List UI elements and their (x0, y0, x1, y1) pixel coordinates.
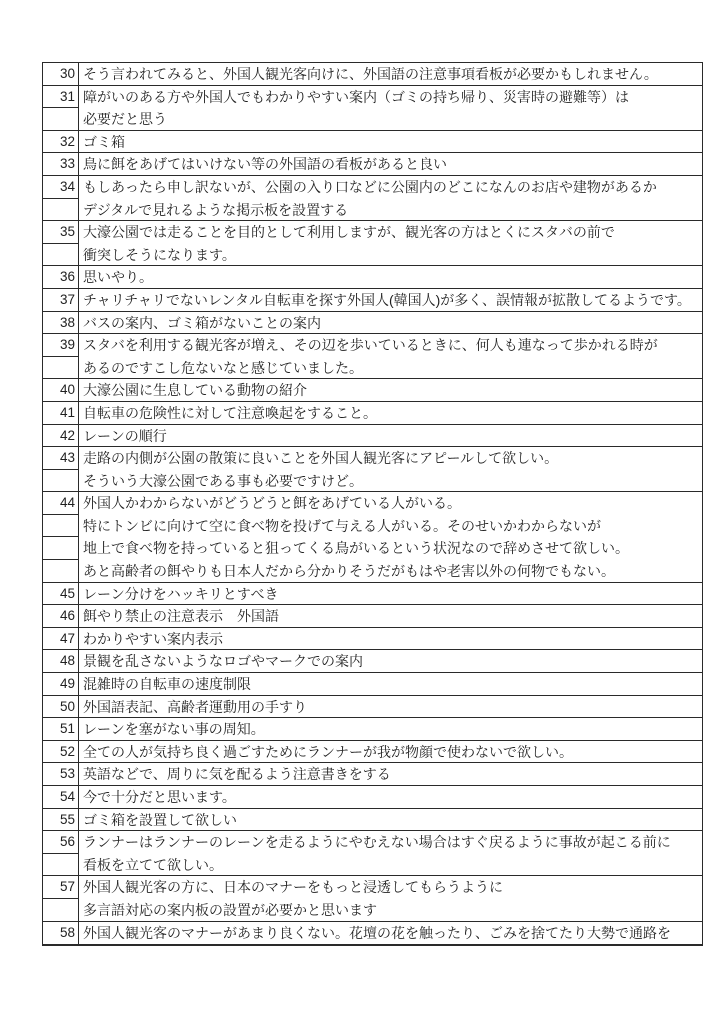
row-number-cell: 44 (43, 492, 79, 515)
row-text-cell: もしあったら申し訳ないが、公園の入り口などに公園内のどこになんのお店や建物がある… (79, 176, 702, 199)
row-text-cell: 障がいのある方や外国人でもわかりやすい案内（ゴミの持ち帰り、災害時の避難等）は (79, 86, 702, 109)
table-row: 52全ての人が気持ち良く過ごすためにランナーが我が物顔で使わないで欲しい。 (43, 741, 702, 764)
row-text-cell: レーン分けをハッキリとすべき (79, 583, 702, 606)
row-text-cell: ゴミ箱 (79, 131, 702, 154)
row-number-cell: 48 (43, 650, 79, 673)
row-number-cell: 41 (43, 402, 79, 425)
row-number-cell (43, 244, 79, 267)
row-number-cell: 56 (43, 831, 79, 854)
row-text-cell: あるのですこし危ないなと感じていました。 (79, 357, 702, 380)
table-row: 47わかりやすい案内表示 (43, 628, 702, 651)
row-number-cell: 46 (43, 605, 79, 628)
table-row: 53英語などで、周りに気を配るよう注意書きをする (43, 763, 702, 786)
table-row: 45レーン分けをハッキリとすべき (43, 583, 702, 606)
row-number-cell: 35 (43, 221, 79, 244)
row-number-cell: 54 (43, 786, 79, 809)
table-row: 特にトンビに向けて空に食べ物を投げて与える人がいる。そのせいかわからないが (43, 515, 702, 538)
row-number-cell (43, 470, 79, 493)
row-text-cell: 外国人観光客の方に、日本のマナーをもっと浸透してもらうように (79, 876, 702, 899)
table-row: あるのですこし危ないなと感じていました。 (43, 357, 702, 380)
row-text-cell: バスの案内、ゴミ箱がないことの案内 (79, 312, 702, 335)
table-row: 34もしあったら申し訳ないが、公園の入り口などに公園内のどこになんのお店や建物が… (43, 176, 702, 199)
table-row: 40大濠公園に生息している動物の紹介 (43, 379, 702, 402)
table-row: 衝突しそうになります。 (43, 244, 702, 267)
row-text-cell: そういう大濠公園である事も必要ですけど。 (79, 470, 702, 493)
table-row: 56ランナーはランナーのレーンを走るようにやむえない場合はすぐ戻るように事故が起… (43, 831, 702, 854)
response-table: 30そう言われてみると、外国人観光客向けに、外国語の注意事項看板が必要かもしれま… (42, 62, 703, 946)
row-text-cell: 思いやり。 (79, 266, 702, 289)
table-row: 51レーンを塞がない事の周知。 (43, 718, 702, 741)
table-row: 36思いやり。 (43, 266, 702, 289)
table-row: 41自転車の危険性に対して注意喚起をすること。 (43, 402, 702, 425)
row-number-cell (43, 854, 79, 877)
row-number-cell (43, 899, 79, 922)
table-row: 58外国人観光客のマナーがあまり良くない。花壇の花を触ったり、ごみを捨てたり大勢… (43, 922, 702, 945)
row-text-cell: レーンを塞がない事の周知。 (79, 718, 702, 741)
row-text-cell: 景観を乱さないようなロゴやマークでの案内 (79, 650, 702, 673)
row-text-cell: そう言われてみると、外国人観光客向けに、外国語の注意事項看板が必要かもしれません… (79, 63, 702, 86)
row-number-cell: 55 (43, 809, 79, 832)
table-row: 37チャリチャリでないレンタル自転車を探す外国人(韓国人)が多く、誤情報が拡散し… (43, 289, 702, 312)
table-row: 42レーンの順行 (43, 425, 702, 448)
row-number-cell (43, 199, 79, 222)
row-number-cell (43, 515, 79, 538)
document-page: { "table": { "entries": [ {"no": "30", "… (0, 0, 724, 1024)
table-row: 必要だと思う (43, 108, 702, 131)
row-number-cell: 40 (43, 379, 79, 402)
row-text-cell: 必要だと思う (79, 108, 702, 131)
table-row: 49混雑時の自転車の速度制限 (43, 673, 702, 696)
row-number-cell: 49 (43, 673, 79, 696)
table-row: 50外国語表記、高齢者運動用の手すり (43, 696, 702, 719)
row-text-cell: 全ての人が気持ち良く過ごすためにランナーが我が物顔で使わないで欲しい。 (79, 741, 702, 764)
row-text-cell: ランナーはランナーのレーンを走るようにやむえない場合はすぐ戻るように事故が起こる… (79, 831, 702, 854)
table-row: そういう大濠公園である事も必要ですけど。 (43, 470, 702, 493)
row-text-cell: 衝突しそうになります。 (79, 244, 702, 267)
table-row: 30そう言われてみると、外国人観光客向けに、外国語の注意事項看板が必要かもしれま… (43, 63, 702, 86)
row-number-cell: 57 (43, 876, 79, 899)
table-row: あと高齢者の餌やりも日本人だから分かりそうだがもはや老害以外の何物でもない。 (43, 560, 702, 583)
row-number-cell: 58 (43, 922, 79, 945)
table-row: 46餌やり禁止の注意表示 外国語 (43, 605, 702, 628)
row-number-cell: 30 (43, 63, 79, 86)
row-text-cell: わかりやすい案内表示 (79, 628, 702, 651)
table-row: 35大濠公園では走ることを目的として利用しますが、観光客の方はとくにスタバの前で (43, 221, 702, 244)
table-row: 地上で食べ物を持っていると狙ってくる鳥がいるという状況なので辞めさせて欲しい。 (43, 537, 702, 560)
table-row: 多言語対応の案内板の設置が必要かと思います (43, 899, 702, 922)
row-text-cell: 鳥に餌をあげてはいけない等の外国語の看板があると良い (79, 153, 702, 176)
row-text-cell: 大濠公園に生息している動物の紹介 (79, 379, 702, 402)
table-row: 33鳥に餌をあげてはいけない等の外国語の看板があると良い (43, 153, 702, 176)
row-number-cell: 50 (43, 696, 79, 719)
row-number-cell: 34 (43, 176, 79, 199)
row-number-cell (43, 357, 79, 380)
row-number-cell: 36 (43, 266, 79, 289)
row-number-cell: 31 (43, 86, 79, 109)
row-text-cell: 今で十分だと思います。 (79, 786, 702, 809)
row-number-cell (43, 560, 79, 583)
row-text-cell: 混雑時の自転車の速度制限 (79, 673, 702, 696)
row-number-cell: 37 (43, 289, 79, 312)
row-text-cell: スタバを利用する観光客が増え、その辺を歩いているときに、何人も連なって歩かれる時… (79, 334, 702, 357)
row-text-cell: デジタルで見れるような掲示板を設置する (79, 199, 702, 222)
row-text-cell: 走路の内側が公園の散策に良いことを外国人観光客にアピールして欲しい。 (79, 447, 702, 470)
row-text-cell: 英語などで、周りに気を配るよう注意書きをする (79, 763, 702, 786)
row-text-cell: 特にトンビに向けて空に食べ物を投げて与える人がいる。そのせいかわからないが (79, 515, 702, 538)
row-number-cell: 53 (43, 763, 79, 786)
row-text-cell: ゴミ箱を設置して欲しい (79, 809, 702, 832)
row-text-cell: チャリチャリでないレンタル自転車を探す外国人(韓国人)が多く、誤情報が拡散してる… (79, 289, 702, 312)
table-row: 32ゴミ箱 (43, 131, 702, 154)
row-text-cell: 外国人かわからないがどうどうと餌をあげている人がいる。 (79, 492, 702, 515)
row-text-cell: 大濠公園では走ることを目的として利用しますが、観光客の方はとくにスタバの前で (79, 221, 702, 244)
row-number-cell: 42 (43, 425, 79, 448)
table-row: 31障がいのある方や外国人でもわかりやすい案内（ゴミの持ち帰り、災害時の避難等）… (43, 86, 702, 109)
table-row: 54今で十分だと思います。 (43, 786, 702, 809)
row-text-cell: 餌やり禁止の注意表示 外国語 (79, 605, 702, 628)
row-number-cell: 32 (43, 131, 79, 154)
row-number-cell: 51 (43, 718, 79, 741)
row-number-cell: 38 (43, 312, 79, 335)
row-number-cell: 47 (43, 628, 79, 651)
row-number-cell: 52 (43, 741, 79, 764)
row-text-cell: 看板を立てて欲しい。 (79, 854, 702, 877)
row-text-cell: あと高齢者の餌やりも日本人だから分かりそうだがもはや老害以外の何物でもない。 (79, 560, 702, 583)
row-number-cell (43, 108, 79, 131)
table-row: デジタルで見れるような掲示板を設置する (43, 199, 702, 222)
table-row: 38バスの案内、ゴミ箱がないことの案内 (43, 312, 702, 335)
table-row: 43走路の内側が公園の散策に良いことを外国人観光客にアピールして欲しい。 (43, 447, 702, 470)
row-text-cell: 地上で食べ物を持っていると狙ってくる鳥がいるという状況なので辞めさせて欲しい。 (79, 537, 702, 560)
row-number-cell (43, 537, 79, 560)
table-row: 57外国人観光客の方に、日本のマナーをもっと浸透してもらうように (43, 876, 702, 899)
row-number-cell: 33 (43, 153, 79, 176)
row-number-cell: 45 (43, 583, 79, 606)
row-number-cell: 43 (43, 447, 79, 470)
table-row: 55ゴミ箱を設置して欲しい (43, 809, 702, 832)
table-row: 看板を立てて欲しい。 (43, 854, 702, 877)
table-row: 48景観を乱さないようなロゴやマークでの案内 (43, 650, 702, 673)
table-row: 44外国人かわからないがどうどうと餌をあげている人がいる。 (43, 492, 702, 515)
row-text-cell: 多言語対応の案内板の設置が必要かと思います (79, 899, 702, 922)
row-text-cell: 外国人観光客のマナーがあまり良くない。花壇の花を触ったり、ごみを捨てたり大勢で通… (79, 922, 702, 945)
row-text-cell: 外国語表記、高齢者運動用の手すり (79, 696, 702, 719)
row-text-cell: 自転車の危険性に対して注意喚起をすること。 (79, 402, 702, 425)
row-text-cell: レーンの順行 (79, 425, 702, 448)
row-number-cell: 39 (43, 334, 79, 357)
table-row: 39スタバを利用する観光客が増え、その辺を歩いているときに、何人も連なって歩かれ… (43, 334, 702, 357)
